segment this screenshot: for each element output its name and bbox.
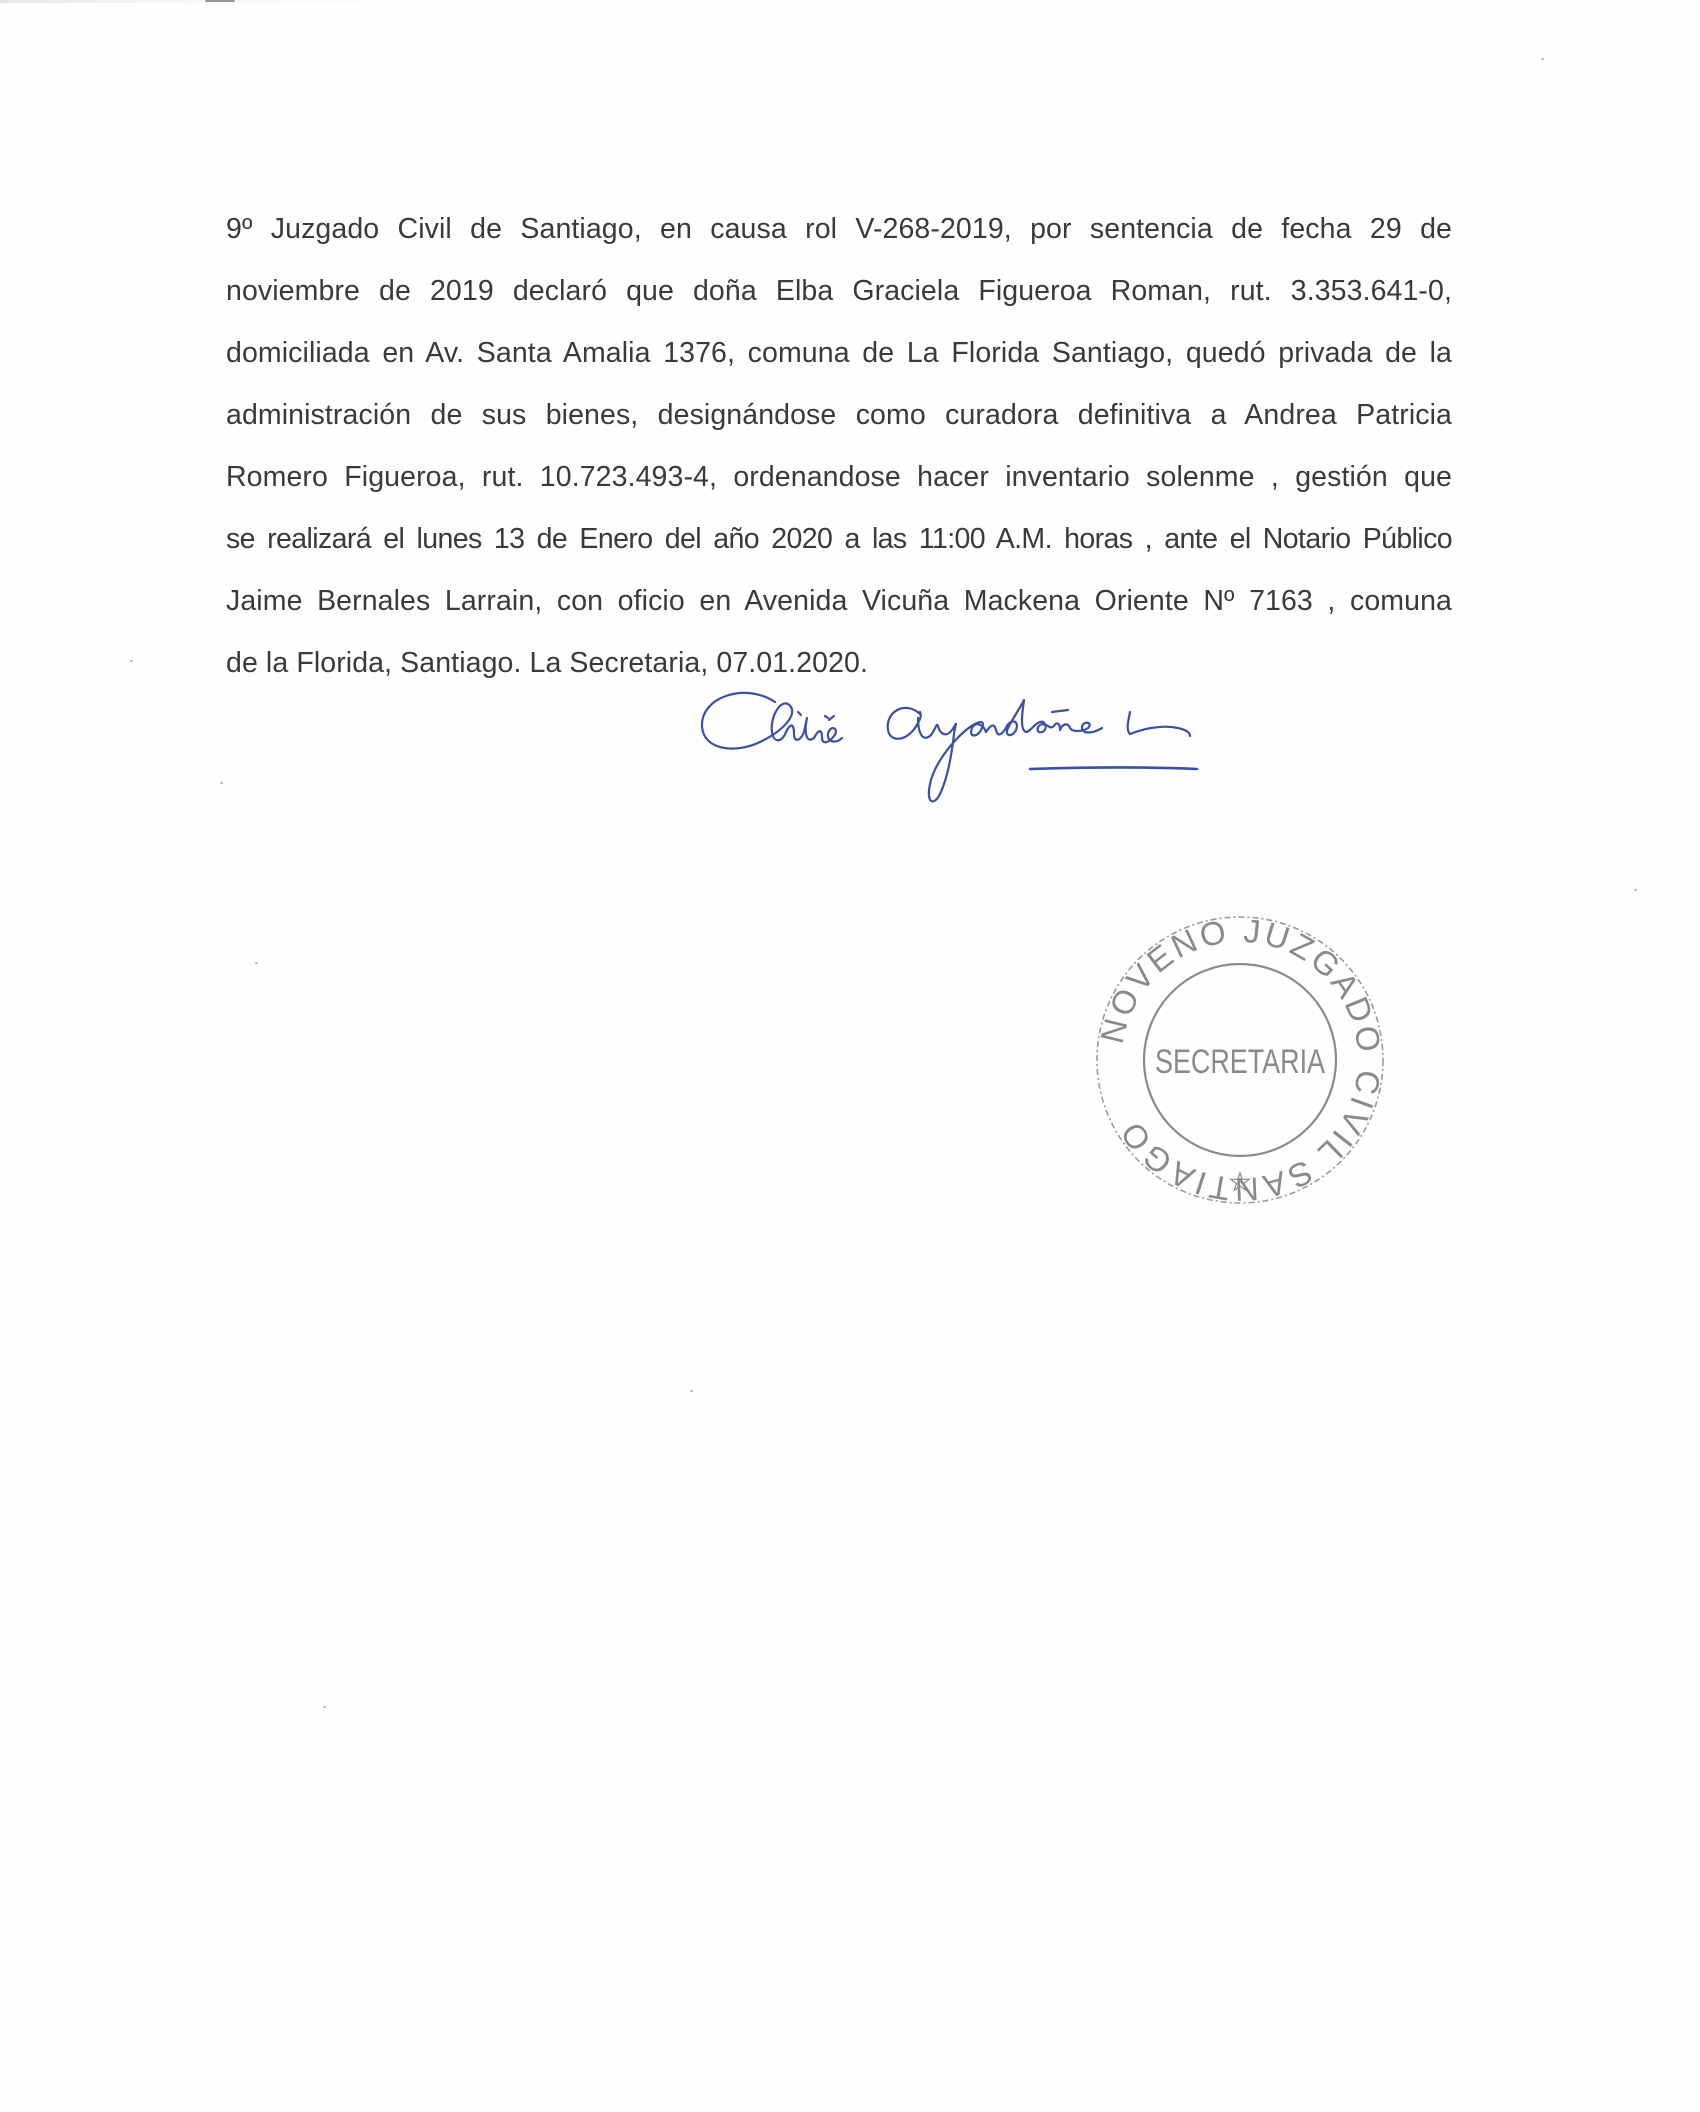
body-line: Jaime Bernales Larrain, con oficio en Av… bbox=[226, 570, 1452, 632]
body-line: 9º Juzgado Civil de Santiago, en causa r… bbox=[226, 198, 1452, 260]
body-line: domiciliada en Av. Santa Amalia 1376, co… bbox=[226, 322, 1452, 384]
scan-speck bbox=[220, 782, 223, 784]
scan-edge bbox=[0, 0, 1700, 3]
signature bbox=[690, 672, 1380, 822]
stamp-center-text: SECRETARIA bbox=[1155, 1043, 1325, 1081]
document-body: 9º Juzgado Civil de Santiago, en causa r… bbox=[226, 198, 1452, 694]
scan-speck bbox=[323, 1706, 326, 1708]
scan-artifact bbox=[205, 0, 235, 2]
scan-speck bbox=[690, 1390, 693, 1392]
body-line: se realizará el lunes 13 de Enero del añ… bbox=[226, 508, 1452, 570]
body-line: Romero Figueroa, rut. 10.723.493-4, orde… bbox=[226, 446, 1452, 508]
scan-speck bbox=[130, 660, 133, 662]
body-line: administración de sus bienes, designándo… bbox=[226, 384, 1452, 446]
scan-speck bbox=[255, 962, 258, 964]
scan-speck bbox=[1634, 889, 1637, 891]
body-line: noviembre de 2019 declaró que doña Elba … bbox=[226, 260, 1452, 322]
star-icon: ★ bbox=[1229, 1169, 1251, 1196]
court-stamp: NOVENO JUZGADO CIVIL SANTIAGO SECRETARIA… bbox=[1085, 905, 1395, 1215]
document-page: 9º Juzgado Civil de Santiago, en causa r… bbox=[0, 0, 1700, 2112]
scan-speck bbox=[1541, 58, 1544, 60]
